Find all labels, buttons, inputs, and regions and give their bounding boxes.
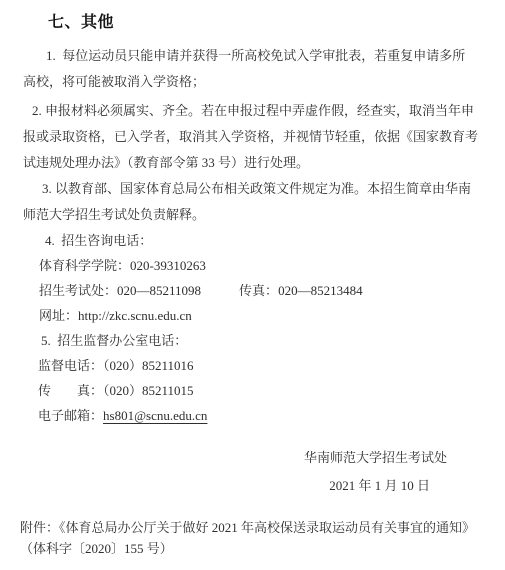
admissions-office-label: 招生考试处： bbox=[39, 283, 117, 298]
paragraph-2: 2. 申报材料必须属实、齐全。若在申报过程中弄虚作假，经查实，取消当年申 报或录… bbox=[23, 98, 483, 176]
signature-date: 2021 年 1 月 10 日 bbox=[23, 472, 483, 500]
admissions-office-phone: 020—85211098 bbox=[117, 283, 201, 298]
supervision-phone-label: 监督电话： bbox=[38, 358, 103, 373]
attachment-line: （体科字〔2020〕155 号） bbox=[20, 538, 483, 559]
paragraph-line: 1. 每位运动员只能申请并获得一所高校免试入学审批表，若重复申请多所 bbox=[23, 43, 483, 69]
website-line: 网址：http://zkc.scnu.edu.cn bbox=[23, 303, 483, 328]
email-line: 电子邮箱：hs801@scnu.edu.cn bbox=[23, 403, 483, 428]
paragraph-line: 2. 申报材料必须属实、齐全。若在申报过程中弄虚作假，经查实，取消当年申 bbox=[23, 98, 483, 124]
sports-science-school-phone: 020-39310263 bbox=[130, 258, 206, 273]
sports-science-school-label: 体育科学学院： bbox=[39, 258, 130, 273]
contact-section: 4. 招生咨询电话： 体育科学学院：020-39310263 招生考试处：020… bbox=[23, 228, 483, 428]
supervision-office-heading: 5. 招生监督办公室电话： bbox=[23, 328, 483, 353]
email-link[interactable]: hs801@scnu.edu.cn bbox=[103, 408, 207, 423]
fax-number: 020—85213484 bbox=[278, 283, 363, 298]
signature-block: 华南师范大学招生考试处 2021 年 1 月 10 日 bbox=[23, 444, 483, 500]
attachment-note: 附件：《体育总局办公厅关于做好 2021 年高校保送录取运动员有关事宜的通知》 … bbox=[20, 517, 483, 559]
paragraph-line: 试违规处理办法》（教育部令第 33 号）进行处理。 bbox=[23, 150, 483, 176]
attachment-line: 附件：《体育总局办公厅关于做好 2021 年高校保送录取运动员有关事宜的通知》 bbox=[20, 517, 483, 538]
paragraph-line: 师范大学招生考试处负责解释。 bbox=[23, 202, 483, 228]
paragraph-3: 3. 以教育部、国家体育总局公布相关政策文件规定为准。本招生简章由华南 师范大学… bbox=[23, 176, 483, 228]
admissions-office-line: 招生考试处：020—85211098传真：020—85213484 bbox=[23, 278, 483, 303]
sports-science-school-line: 体育科学学院：020-39310263 bbox=[23, 253, 483, 278]
website-url: http://zkc.scnu.edu.cn bbox=[78, 308, 192, 323]
supervision-phone-line: 监督电话：（020）85211016 bbox=[23, 353, 483, 378]
supervision-phone-number: （020）85211016 bbox=[103, 358, 194, 373]
paragraph-line: 报或录取资格，已入学者，取消其入学资格，并视情节轻重，依据《国家教育考 bbox=[23, 124, 483, 150]
fax-label: 传真： bbox=[239, 283, 278, 298]
email-label: 电子邮箱： bbox=[38, 408, 103, 423]
website-label: 网址： bbox=[39, 308, 78, 323]
paragraph-line: 高校，将可能被取消入学资格； bbox=[23, 69, 483, 95]
signature-organization: 华南师范大学招生考试处 bbox=[23, 444, 483, 472]
supervision-fax-line: 传 真：（020）85211015 bbox=[23, 378, 483, 403]
document-page: 七、其他 1. 每位运动员只能申请并获得一所高校免试入学审批表，若重复申请多所 … bbox=[0, 0, 505, 570]
supervision-fax-label: 传 真： bbox=[38, 383, 103, 398]
paragraph-line: 3. 以教育部、国家体育总局公布相关政策文件规定为准。本招生简章由华南 bbox=[23, 176, 483, 202]
consultation-phone-heading: 4. 招生咨询电话： bbox=[23, 228, 483, 253]
paragraph-1: 1. 每位运动员只能申请并获得一所高校免试入学审批表，若重复申请多所 高校，将可… bbox=[23, 43, 483, 95]
section-heading: 七、其他 bbox=[48, 12, 483, 34]
supervision-fax-number: （020）85211015 bbox=[103, 383, 194, 398]
